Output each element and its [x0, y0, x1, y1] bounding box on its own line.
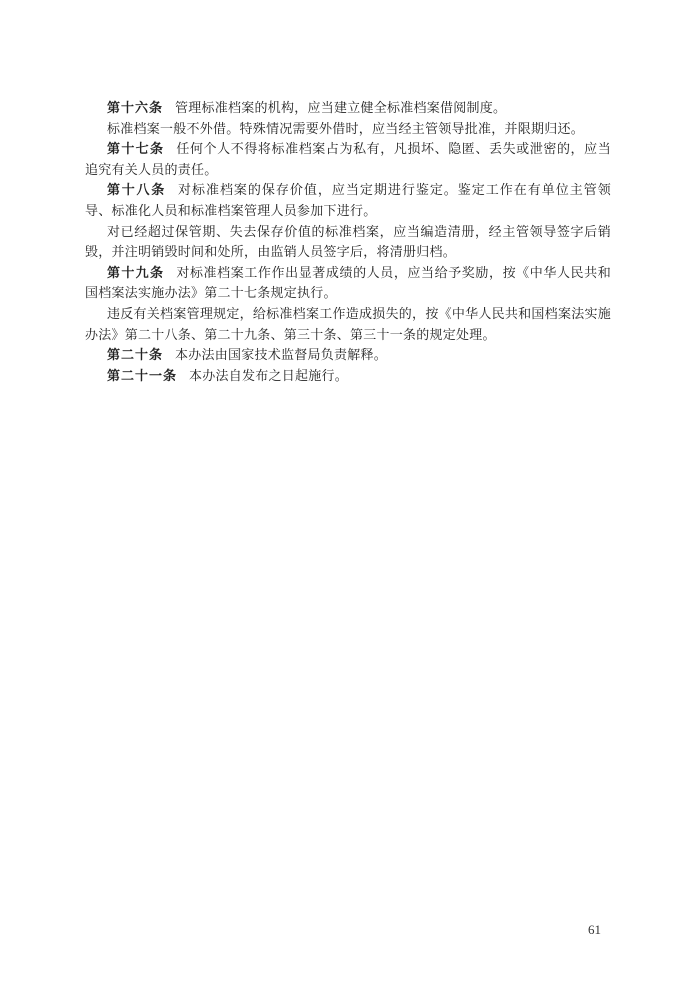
paragraph-text: 对已经超过保管期、失去保存价值的标准档案，应当编造清册，经主管领导签字后销毁，并…: [85, 225, 611, 261]
article-number: 第二十一条: [107, 369, 177, 384]
paragraph-article-19: 第十九条对标准档案工作作出显著成绩的人员，应当给予奖励，按《中华人民共和国档案法…: [85, 264, 611, 305]
paragraph-article-18: 第十八条对标准档案的保存价值，应当定期进行鉴定。鉴定工作在有单位主管领导、标准化…: [85, 181, 611, 222]
paragraph-text: 标准档案一般不外借。特殊情况需要外借时，应当经主管领导批准，并限期归还。: [107, 122, 584, 137]
paragraph-article-21: 第二十一条本办法自发布之日起施行。: [85, 367, 611, 388]
article-number: 第十六条: [107, 101, 163, 116]
article-number: 第十九条: [107, 266, 164, 281]
article-number: 第十七条: [107, 142, 164, 157]
paragraph-text: 违反有关档案管理规定，给标准档案工作造成损失的，按《中华人民共和国档案法实施办法…: [85, 307, 611, 343]
paragraph-destruction: 对已经超过保管期、失去保存价值的标准档案，应当编造清册，经主管领导签字后销毁，并…: [85, 223, 611, 264]
paragraph-text: 管理标准档案的机构，应当建立健全标准档案借阅制度。: [175, 101, 506, 116]
article-number: 第二十条: [107, 348, 163, 363]
paragraph-violations: 违反有关档案管理规定，给标准档案工作造成损失的，按《中华人民共和国档案法实施办法…: [85, 305, 611, 346]
paragraph-article-16: 第十六条管理标准档案的机构，应当建立健全标准档案借阅制度。: [85, 99, 611, 120]
paragraph-lending: 标准档案一般不外借。特殊情况需要外借时，应当经主管领导批准，并限期归还。: [85, 120, 611, 141]
paragraph-text: 本办法由国家技术监督局负责解释。: [175, 348, 387, 363]
paragraph-text: 本办法自发布之日起施行。: [189, 369, 348, 384]
page-number: 61: [588, 922, 601, 938]
article-number: 第十八条: [107, 183, 166, 198]
document-body: 第十六条管理标准档案的机构，应当建立健全标准档案借阅制度。 标准档案一般不外借。…: [85, 99, 611, 387]
paragraph-article-17: 第十七条任何个人不得将标准档案占为私有，凡损坏、隐匿、丢失或泄密的，应当追究有关…: [85, 140, 611, 181]
paragraph-article-20: 第二十条本办法由国家技术监督局负责解释。: [85, 346, 611, 367]
